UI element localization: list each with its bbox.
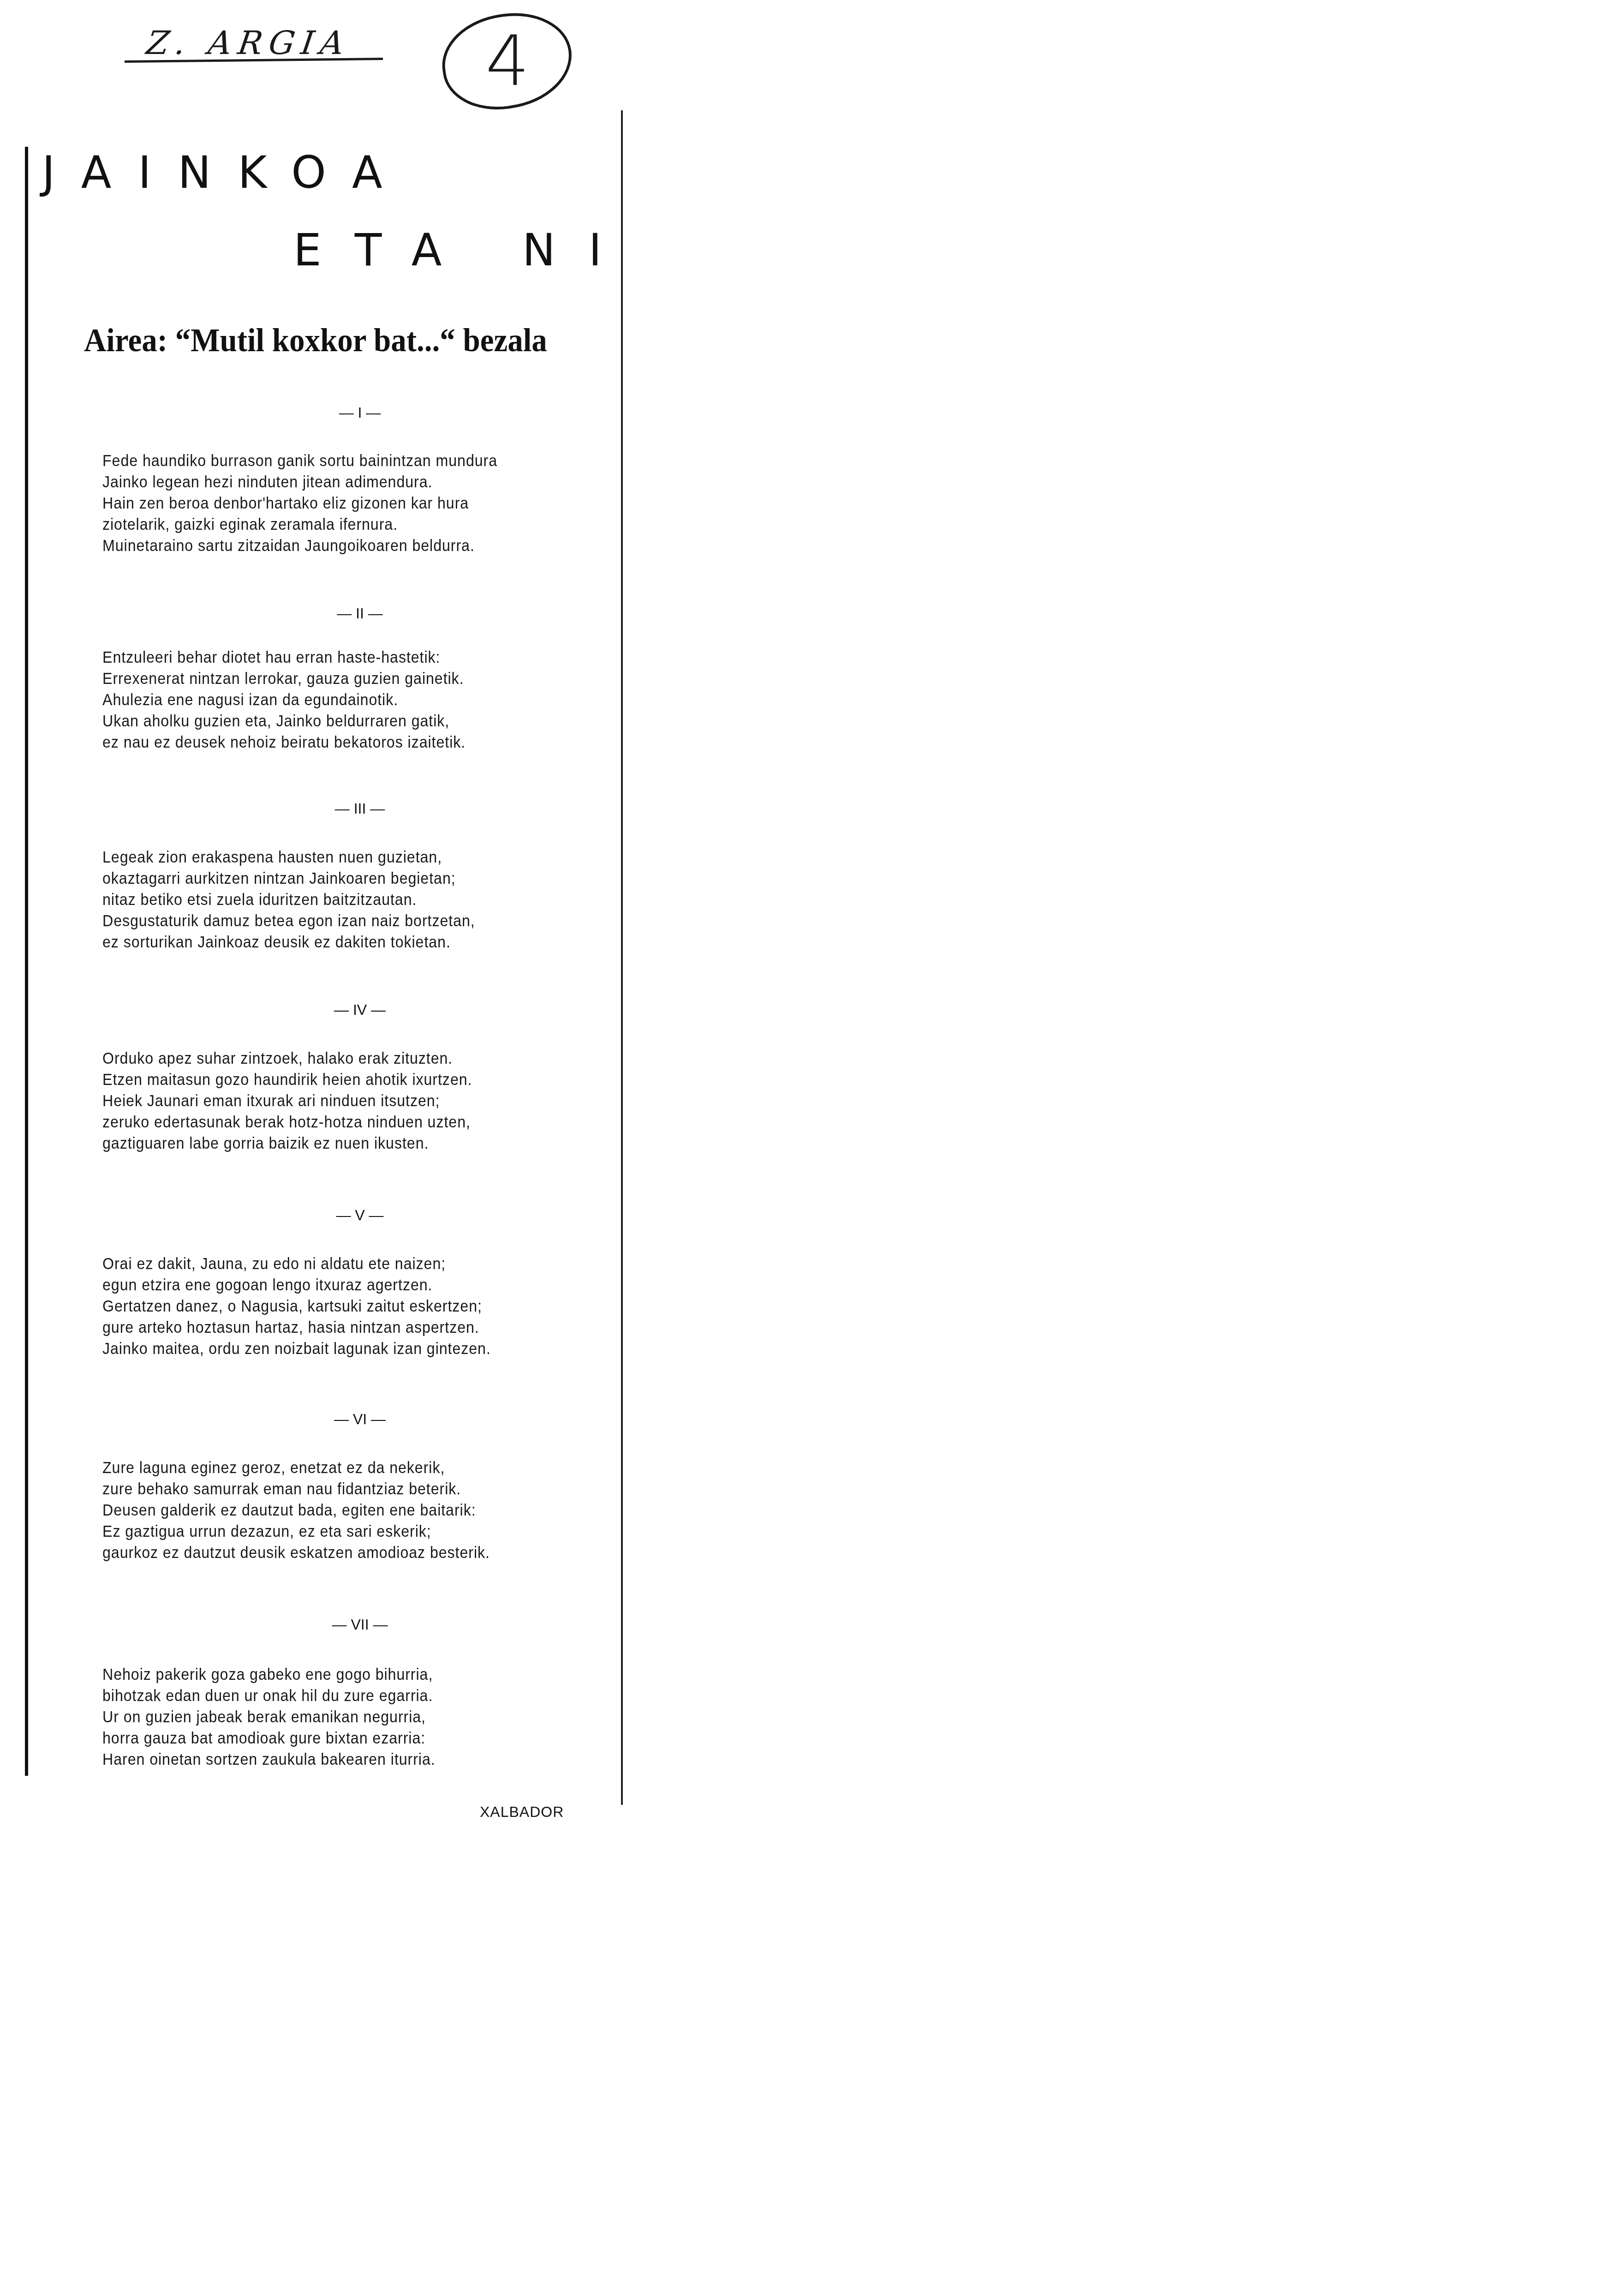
- column-border-right: [621, 110, 623, 1805]
- stanza-2: Entzuleeri behar diotet hau erran haste-…: [102, 647, 610, 753]
- stanza-number: — VII —: [277, 1615, 443, 1634]
- stanza-number: — I —: [277, 403, 443, 422]
- verse-line: zeruko edertasunak berak hotz-hotza nind…: [102, 1112, 569, 1133]
- verse-line: bihotzak edan duen ur onak hil du zure e…: [102, 1685, 569, 1707]
- article-subtitle: Airea: “Mutil koxkor bat...“ bezala: [84, 319, 539, 361]
- verse-line: Nehoiz pakerik goza gabeko ene gogo bihu…: [102, 1664, 569, 1685]
- article-title-line-1: JAINKOA: [42, 150, 409, 195]
- verse-line: ez sorturikan Jainkoaz deusik ez dakiten…: [102, 932, 569, 953]
- stanza-6: Zure laguna eginez geroz, enetzat ez da …: [102, 1457, 610, 1564]
- verse-line: ez nau ez deusek nehoiz beiratu bekatoro…: [102, 732, 569, 753]
- verse-line: Ur on guzien jabeak berak emanikan negur…: [102, 1707, 569, 1728]
- verse-line: Haren oinetan sortzen zaukula bakearen i…: [102, 1749, 569, 1770]
- author-signature: XALBADOR: [480, 1803, 564, 1821]
- stanza-number: — VI —: [277, 1410, 443, 1428]
- verse-line: gaztiguaren labe gorria baizik ez nuen i…: [102, 1133, 569, 1154]
- stanza-number: — III —: [277, 799, 443, 818]
- verse-line: Legeak zion erakaspena hausten nuen guzi…: [102, 847, 569, 868]
- verse-line: Fede haundiko burrason ganik sortu baini…: [102, 450, 569, 472]
- verse-line: ziotelarik, gaizki eginak zeramala ifern…: [102, 514, 569, 535]
- verse-line: Orduko apez suhar zintzoek, halako erak …: [102, 1048, 569, 1069]
- verse-line: zure behako samurrak eman nau fidantziaz…: [102, 1479, 569, 1500]
- verse-line: Hain zen beroa denbor'hartako eliz gizon…: [102, 493, 569, 514]
- stanza-number: — V —: [277, 1206, 443, 1224]
- verse-line: Jainko maitea, ordu zen noizbait lagunak…: [102, 1338, 569, 1360]
- verse-line: Ukan aholku guzien eta, Jainko beldurrar…: [102, 711, 569, 732]
- verse-line: horra gauza bat amodioak gure bixtan eza…: [102, 1728, 569, 1749]
- article-title-line-2: ETA NI: [293, 228, 635, 272]
- column-border-left: [25, 147, 28, 1776]
- verse-line: Deusen galderik ez dautzut bada, egiten …: [102, 1500, 569, 1521]
- stanza-5: Orai ez dakit, Jauna, zu edo ni aldatu e…: [102, 1253, 610, 1360]
- verse-line: Zure laguna eginez geroz, enetzat ez da …: [102, 1457, 569, 1479]
- stanza-4: Orduko apez suhar zintzoek, halako erak …: [102, 1048, 610, 1154]
- stanza-7: Nehoiz pakerik goza gabeko ene gogo bihu…: [102, 1664, 610, 1770]
- stanza-3: Legeak zion erakaspena hausten nuen guzi…: [102, 847, 610, 953]
- verse-line: Entzuleeri behar diotet hau erran haste-…: [102, 647, 569, 668]
- stanza-number: — II —: [277, 604, 443, 623]
- verse-line: Ahulezia ene nagusi izan da egundainotik…: [102, 689, 569, 711]
- verse-line: Muinetaraino sartu zitzaidan Jaungoikoar…: [102, 535, 569, 557]
- verse-line: okaztagarri aurkitzen nintzan Jainkoaren…: [102, 868, 569, 889]
- stanza-1: Fede haundiko burrason ganik sortu baini…: [102, 450, 610, 557]
- verse-line: nitaz betiko etsi zuela iduritzen baitzi…: [102, 889, 569, 911]
- verse-line: egun etzira ene gogoan lengo itxuraz age…: [102, 1275, 569, 1296]
- verse-line: Orai ez dakit, Jauna, zu edo ni aldatu e…: [102, 1253, 569, 1275]
- stanza-number: — IV —: [277, 1001, 443, 1019]
- handwritten-source-note: Z. ARGIA: [144, 24, 353, 62]
- verse-line: gure arteko hoztasun hartaz, hasia nintz…: [102, 1317, 569, 1338]
- verse-line: Gertatzen danez, o Nagusia, kartsuki zai…: [102, 1296, 569, 1317]
- circled-page-number: 4: [480, 22, 535, 101]
- verse-line: Jainko legean hezi ninduten jitean adime…: [102, 472, 569, 493]
- verse-line: Errexenerat nintzan lerrokar, gauza guzi…: [102, 668, 569, 689]
- verse-line: Heiek Jaunari eman itxurak ari ninduen i…: [102, 1091, 569, 1112]
- verse-line: Etzen maitasun gozo haundirik heien ahot…: [102, 1069, 569, 1091]
- verse-line: Ez gaztigua urrun dezazun, ez eta sari e…: [102, 1521, 569, 1542]
- verse-line: gaurkoz ez dautzut deusik eskatzen amodi…: [102, 1542, 569, 1564]
- verse-line: Desgustaturik damuz betea egon izan naiz…: [102, 911, 569, 932]
